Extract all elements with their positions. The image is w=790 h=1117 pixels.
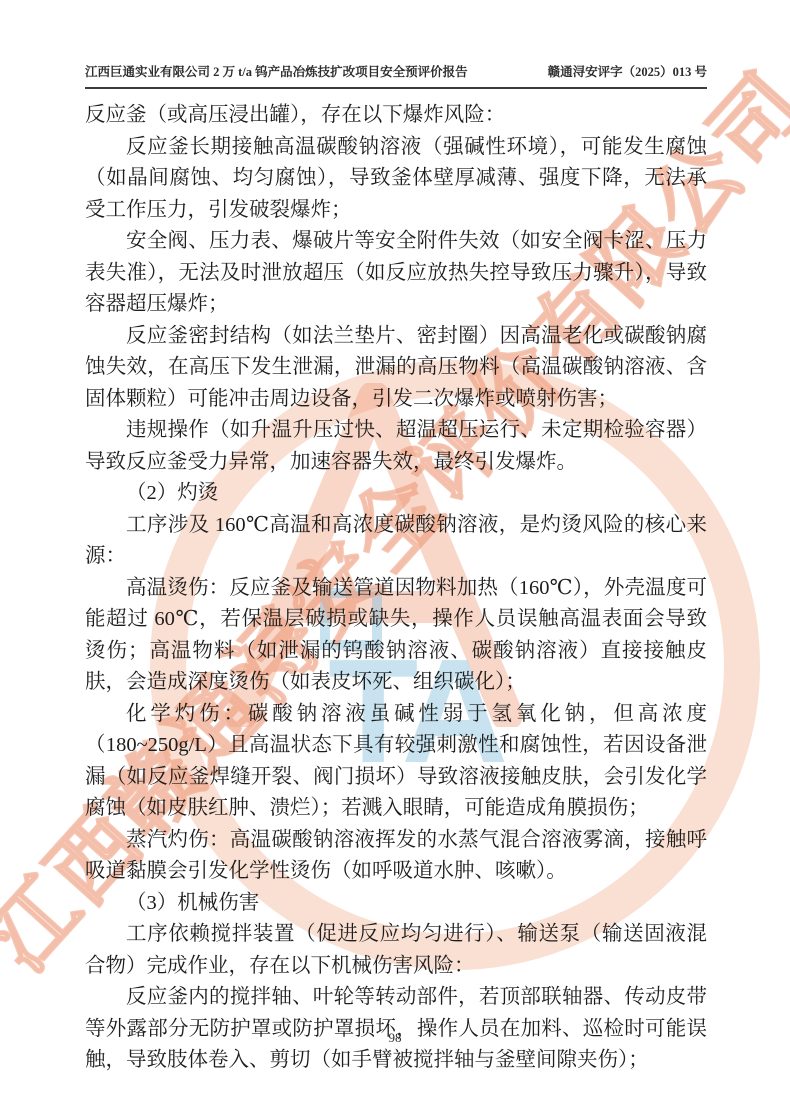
paragraph: 违规操作（如升温升压过快、超温超压运行、未定期检验容器）导致反应釜受力异常，加速… — [85, 415, 707, 478]
paragraph: 安全阀、压力表、爆破片等安全附件失效（如安全阀卡涩、压力表失准），无法及时泄放超… — [85, 226, 707, 321]
paragraph: 工序涉及 160℃高温和高浓度碳酸钠溶液，是灼烫风险的核心来源： — [85, 510, 707, 573]
paragraph: 反应釜密封结构（如法兰垫片、密封圈）因高温老化或碳酸钠腐蚀失效，在高压下发生泄漏… — [85, 321, 707, 416]
paragraph: 高温烫伤：反应釜及输送管道因物料加热（160℃），外壳温度可能超过 60℃，若保… — [85, 573, 707, 699]
paragraph: （3）机械伤害 — [85, 888, 707, 920]
paragraph: 工序依赖搅拌装置（促进反应均匀进行）、输送泵（输送固液混合物）完成作业，存在以下… — [85, 919, 707, 982]
page-header: 江西巨通实业有限公司 2 万 t/a 钨产品冶炼技扩改项目安全预评价报告 赣通浔… — [85, 62, 707, 89]
paragraph: 反应釜（或高压浸出罐），存在以下爆炸风险： — [85, 100, 707, 132]
page-footer: 98 — [0, 1030, 790, 1046]
document-number: 赣通浔安评字（2025）013 号 — [548, 62, 707, 80]
page-number: 98 — [389, 1030, 402, 1045]
paragraph: （2）灼烫 — [85, 478, 707, 510]
body-text: 反应釜（或高压浸出罐），存在以下爆炸风险：反应釜长期接触高温碳酸钠溶液（强碱性环… — [85, 100, 707, 1077]
report-title: 江西巨通实业有限公司 2 万 t/a 钨产品冶炼技扩改项目安全预评价报告 — [85, 62, 468, 80]
document-page: TA 江西赣通浔安全评价有限公司 江西巨通实业有限公司 2 万 t/a 钨产品冶… — [0, 0, 790, 1117]
paragraph: 反应釜长期接触高温碳酸钠溶液（强碱性环境），可能发生腐蚀（如晶间腐蚀、均匀腐蚀）… — [85, 132, 707, 227]
paragraph: 蒸汽灼伤：高温碳酸钠溶液挥发的水蒸气混合溶液雾滴，接触呼吸道黏膜会引发化学性烫伤… — [85, 825, 707, 888]
paragraph: 化学灼伤：碳酸钠溶液虽碱性弱于氢氧化钠，但高浓度（180~250g/L）且高温状… — [85, 699, 707, 825]
